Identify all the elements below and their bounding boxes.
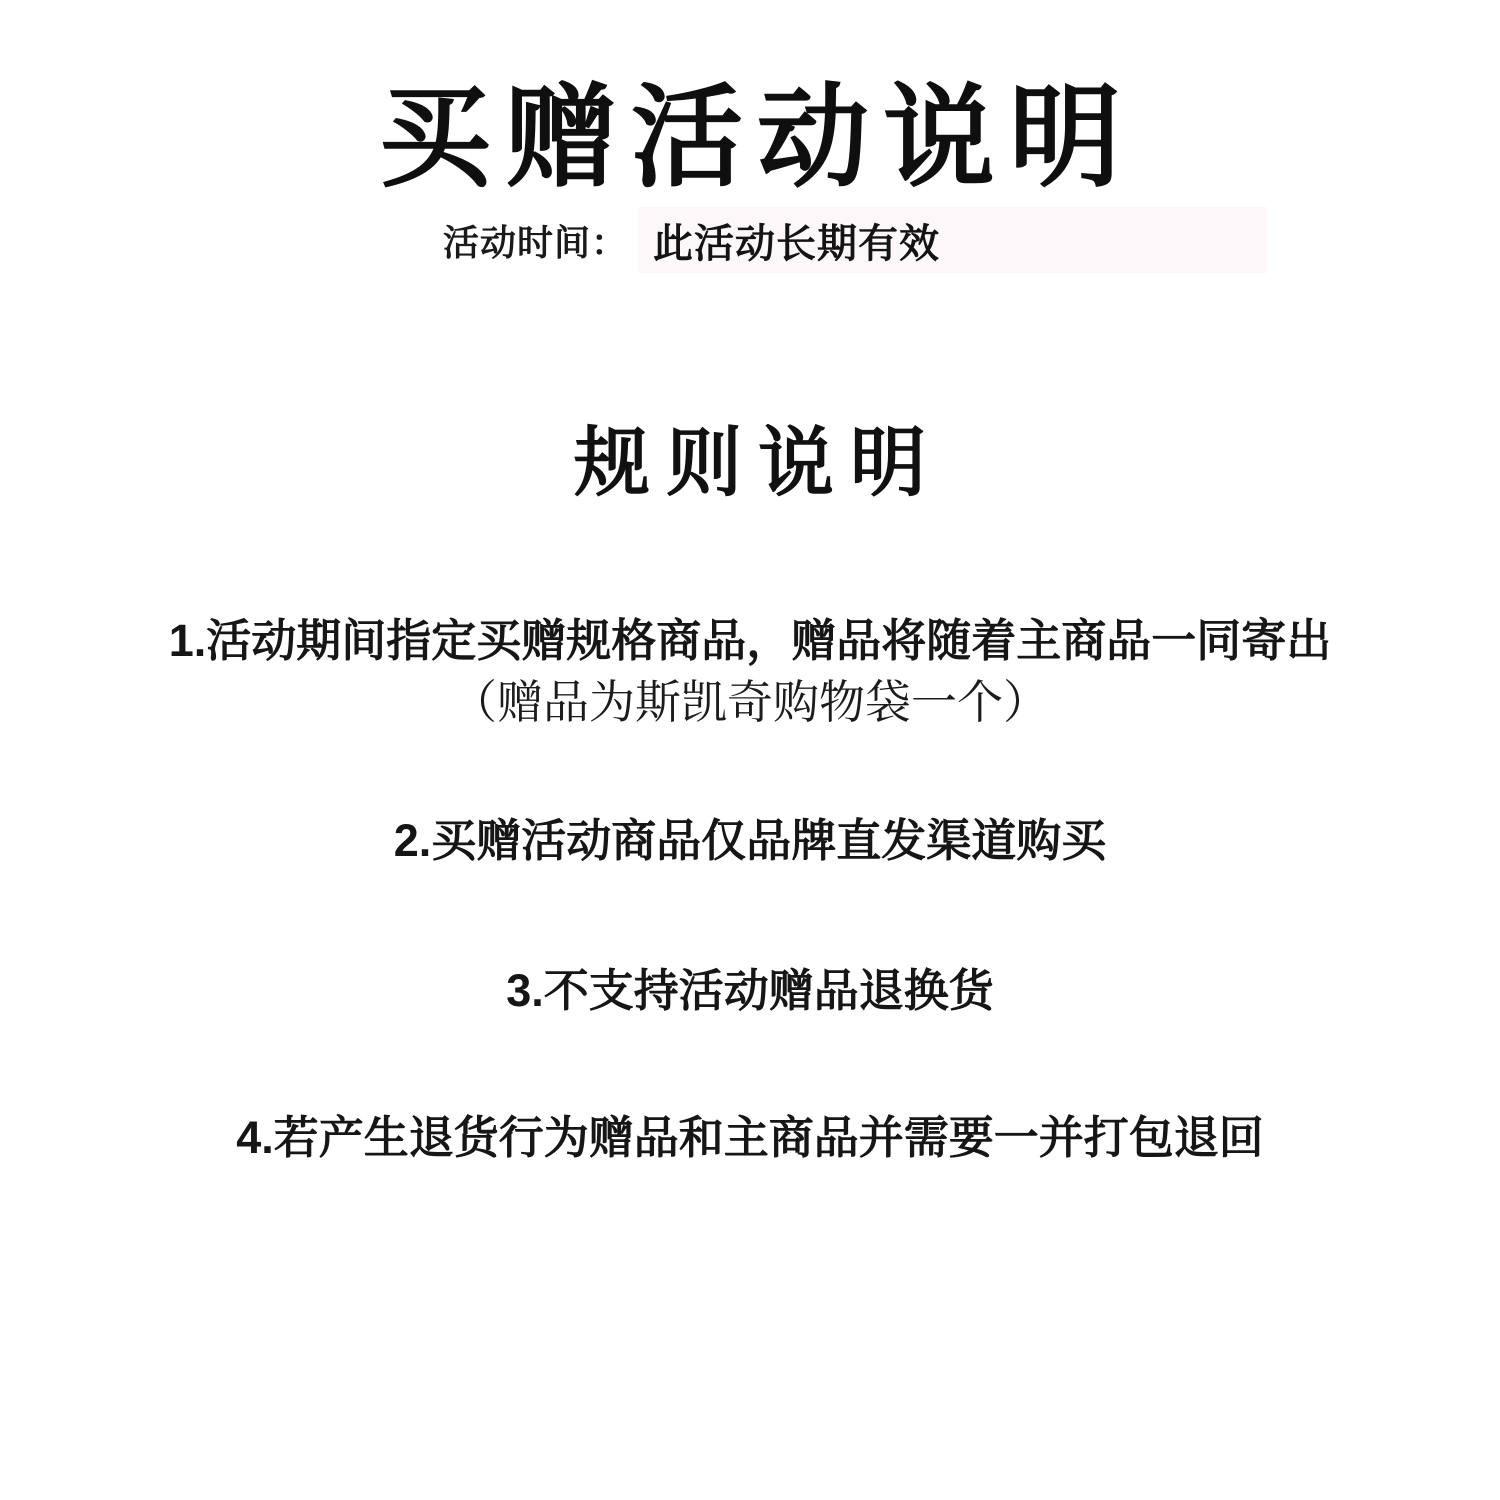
rule-1-text: 1.活动期间指定买赠规格商品，赠品将随着主商品一同寄出 [169, 615, 1332, 666]
rule-item-3: 3.不支持活动赠品退换货 [0, 961, 1500, 1022]
rules-section-heading: 规则说明 [0, 420, 1500, 507]
activity-time-row: 活动时间： 此活动长期有效 [443, 207, 1500, 273]
rule-item-2: 2.买赠活动商品仅品牌直发渠道购买 [0, 811, 1500, 872]
rule-1-note: （赠品为斯凯奇购物袋一个） [0, 671, 1500, 733]
activity-time-highlight: 此活动长期有效 [638, 207, 1267, 273]
rules-list: 1.活动期间指定买赠规格商品，赠品将随着主商品一同寄出 （赠品为斯凯奇购物袋一个… [0, 611, 1500, 1169]
rule-item-1: 1.活动期间指定买赠规格商品，赠品将随着主商品一同寄出 （赠品为斯凯奇购物袋一个… [0, 611, 1500, 734]
rule-item-4: 4.若产生退货行为赠品和主商品并需要一并打包退回 [0, 1108, 1500, 1169]
activity-time-value: 此活动长期有效 [653, 212, 940, 269]
page-title: 买赠活动说明 [0, 0, 1500, 199]
activity-time-label: 活动时间： [443, 215, 638, 266]
promo-poster: 买赠活动说明 活动时间： 此活动长期有效 规则说明 1.活动期间指定买赠规格商品… [0, 0, 1500, 1500]
